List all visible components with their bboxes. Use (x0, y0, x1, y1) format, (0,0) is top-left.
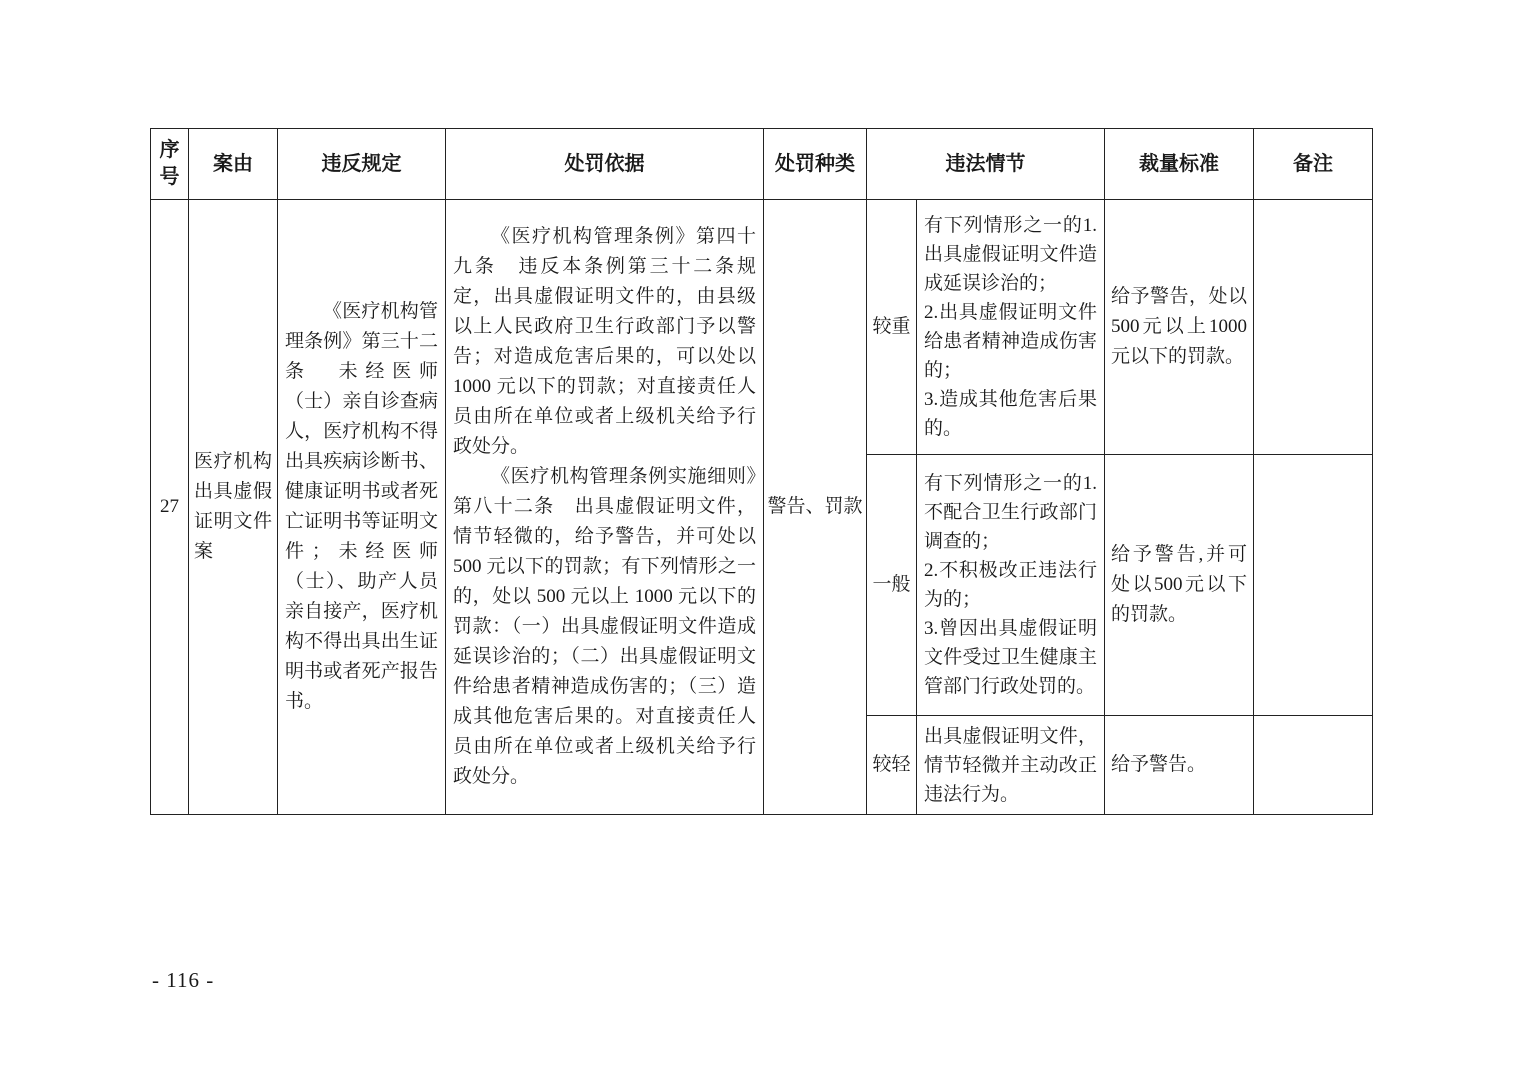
penalty-basis-paragraph-2: 《医疗机构管理条例实施细则》第八十二条 出具虚假证明文件，情节轻微的，给予警告，… (453, 462, 756, 792)
header-violation-circumstances: 违法情节 (867, 129, 1105, 200)
cell-penalty-type: 警告、罚款 (764, 200, 867, 815)
header-case: 案由 (189, 129, 278, 200)
cell-serial-number: 27 (151, 200, 189, 815)
cell-standard-2: 给予警告,并可处以500元以下的罚款。 (1105, 455, 1254, 716)
header-penalty-basis: 处罚依据 (446, 129, 764, 200)
cell-standard-1: 给予警告，处以500元以上1000元以下的罚款。 (1105, 200, 1254, 455)
cell-standard-3: 给予警告。 (1105, 716, 1254, 815)
header-remarks: 备注 (1254, 129, 1373, 200)
cell-remark-2 (1254, 455, 1373, 716)
cell-remark-3 (1254, 716, 1373, 815)
page-number: - 116 - (152, 968, 214, 993)
penalty-discretion-table: 序号 案由 违反规定 处罚依据 处罚种类 违法情节 裁量标准 备注 27 医疗机… (150, 128, 1373, 815)
cell-violated-regulation: 《医疗机构管理条例》第三十二条 未经医师（士）亲自诊查病人，医疗机构不得出具疾病… (278, 200, 446, 815)
cell-penalty-basis: 《医疗机构管理条例》第四十九条 违反本条例第三十二条规定，出具虚假证明文件的，由… (446, 200, 764, 815)
cell-remark-1 (1254, 200, 1373, 455)
header-serial-number: 序号 (151, 129, 189, 200)
document-page: { "page": { "number_label": "- 116 -" },… (0, 0, 1520, 1074)
header-discretion-standard: 裁量标准 (1105, 129, 1254, 200)
cell-severity-level-3: 较轻 (867, 716, 917, 815)
header-violated-regulation: 违反规定 (278, 129, 446, 200)
table-header-row: 序号 案由 违反规定 处罚依据 处罚种类 违法情节 裁量标准 备注 (151, 129, 1373, 200)
table-row-severe: 27 医疗机构出具虚假证明文件案 《医疗机构管理条例》第三十二条 未经医师（士）… (151, 200, 1373, 455)
cell-case-title: 医疗机构出具虚假证明文件案 (189, 200, 278, 815)
cell-severity-level-1: 较重 (867, 200, 917, 455)
cell-circumstances-3: 出具虚假证明文件，情节轻微并主动改正违法行为。 (917, 716, 1105, 815)
header-penalty-type: 处罚种类 (764, 129, 867, 200)
violated-regulation-text: 《医疗机构管理条例》第三十二条 未经医师（士）亲自诊查病人，医疗机构不得出具疾病… (285, 297, 438, 717)
cell-circumstances-2: 有下列情形之一的1.不配合卫生行政部门调查的； 2.不积极改正违法行为的； 3.… (917, 455, 1105, 716)
cell-circumstances-1: 有下列情形之一的1.出具虚假证明文件造成延误诊治的； 2.出具虚假证明文件给患者… (917, 200, 1105, 455)
penalty-basis-paragraph-1: 《医疗机构管理条例》第四十九条 违反本条例第三十二条规定，出具虚假证明文件的，由… (453, 222, 756, 462)
cell-severity-level-2: 一般 (867, 455, 917, 716)
